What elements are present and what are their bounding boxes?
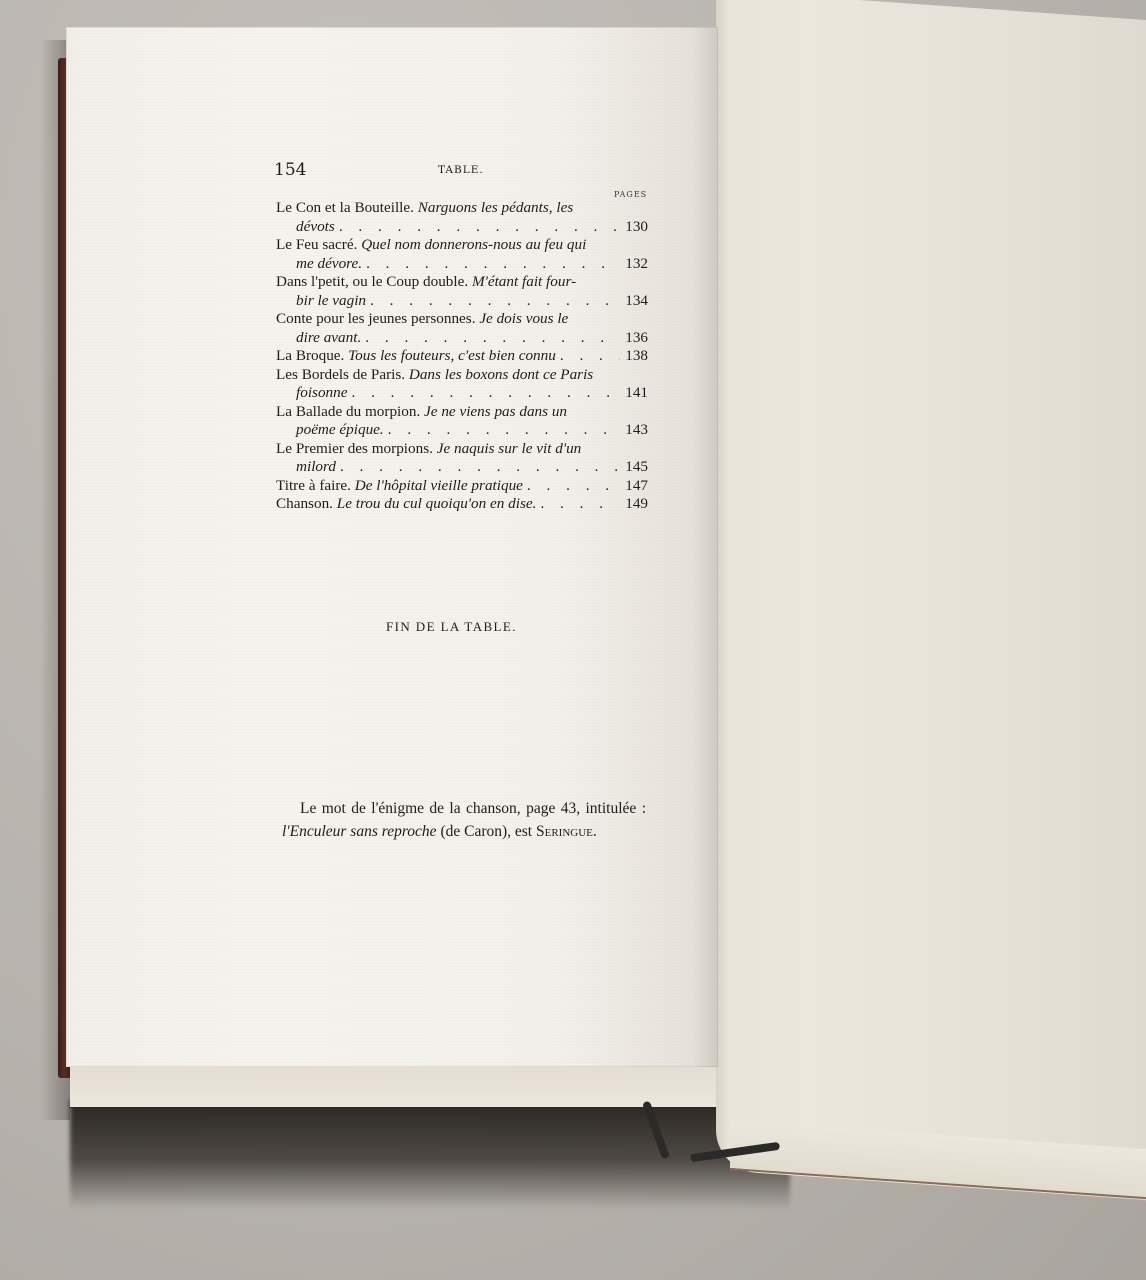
dot-leader xyxy=(339,218,620,237)
note-text: Le mot de l'énigme de la chanson, page 4… xyxy=(300,800,646,817)
note-text-cont: (de Caron), est xyxy=(437,823,536,840)
toc-title: Les Bordels de Paris. xyxy=(276,366,405,383)
toc-incipit-cont: poëme épique. xyxy=(296,421,384,440)
dot-leader xyxy=(540,495,620,514)
toc-incipit-cont: milord xyxy=(296,458,336,477)
toc-incipit-cont: me dévore. xyxy=(296,255,362,274)
toc-incipit: Je ne viens pas dans un xyxy=(424,403,567,420)
toc-incipit-cont: foisonne xyxy=(296,384,347,403)
dot-leader xyxy=(388,421,620,440)
end-of-table-marker: FIN DE LA TABLE. xyxy=(386,619,517,635)
page-header: 154 TABLE. xyxy=(274,160,652,186)
dot-leader xyxy=(560,347,620,366)
toc-incipit-cont: dire avant. xyxy=(296,329,361,348)
deckled-page-edge xyxy=(70,1062,725,1108)
note-period: . xyxy=(593,823,597,840)
toc-incipit: Je naquis sur le vit d'un xyxy=(437,440,582,457)
toc-incipit: M'étant fait four- xyxy=(472,273,576,290)
toc-incipit: Quel nom donnerons-nous au feu qui xyxy=(361,236,586,253)
toc-entry: Conte pour les jeunes personnes. Je dois… xyxy=(276,310,648,347)
toc-incipit-cont: dévots xyxy=(296,218,335,237)
toc-page-number: 136 xyxy=(624,329,648,348)
dot-leader xyxy=(527,477,620,496)
table-of-contents: Le Con et la Bouteille. Narguons les péd… xyxy=(276,199,648,514)
toc-incipit: Dans les boxons dont ce Paris xyxy=(409,366,593,383)
toc-title: Dans l'petit, ou le Coup double. xyxy=(276,273,468,290)
toc-entry: Dans l'petit, ou le Coup double. M'étant… xyxy=(276,273,648,310)
toc-entry: Les Bordels de Paris. Dans les boxons do… xyxy=(276,366,648,403)
toc-incipit-cont: bir le vagin xyxy=(296,292,366,311)
dot-leader xyxy=(340,458,620,477)
toc-incipit: De l'hôpital vieille pratique xyxy=(355,477,523,496)
page-number: 154 xyxy=(274,160,306,180)
toc-title: Chanson. xyxy=(276,495,333,514)
toc-entry: Le Premier des morpions. Je naquis sur l… xyxy=(276,440,648,477)
toc-page-number: 141 xyxy=(624,384,648,403)
note-song-title: l'Enculeur sans reproche xyxy=(282,823,437,840)
toc-entry: La Broque. Tous les fouteurs, c'est bien… xyxy=(276,347,648,366)
toc-entry: Chanson. Le trou du cul quoiqu'on en dis… xyxy=(276,495,648,514)
book-shadow-bottom xyxy=(70,1100,790,1210)
toc-entry: Le Con et la Bouteille. Narguons les péd… xyxy=(276,199,648,236)
toc-title: La Ballade du morpion. xyxy=(276,403,420,420)
dot-leader xyxy=(351,384,620,403)
riddle-note: Le mot de l'énigme de la chanson, page 4… xyxy=(282,797,646,843)
toc-page-number: 145 xyxy=(624,458,648,477)
toc-page-number: 143 xyxy=(624,421,648,440)
toc-page-number: 134 xyxy=(624,292,648,311)
dot-leader xyxy=(370,292,620,311)
toc-page-number: 147 xyxy=(624,477,648,496)
toc-title: Le Feu sacré. xyxy=(276,236,357,253)
pages-column-label: PAGES xyxy=(614,190,647,199)
toc-incipit: Le trou du cul quoiqu'on en dise. xyxy=(337,495,537,514)
toc-entry: Le Feu sacré. Quel nom donnerons-nous au… xyxy=(276,236,648,273)
toc-title: Conte pour les jeunes personnes. xyxy=(276,310,476,327)
toc-title: Le Con et la Bouteille. xyxy=(276,199,414,216)
toc-incipit: Je dois vous le xyxy=(479,310,568,327)
toc-page-number: 130 xyxy=(624,218,648,237)
toc-title: Titre à faire. xyxy=(276,477,351,496)
toc-page-number: 149 xyxy=(624,495,648,514)
toc-title: Le Premier des morpions. xyxy=(276,440,433,457)
toc-entry: Titre à faire. De l'hôpital vieille prat… xyxy=(276,477,648,496)
toc-title: La Broque. xyxy=(276,347,344,366)
toc-page-number: 138 xyxy=(624,347,648,366)
note-answer: Seringue xyxy=(536,823,593,840)
toc-entry: La Ballade du morpion. Je ne viens pas d… xyxy=(276,403,648,440)
toc-incipit: Narguons les pédants, les xyxy=(418,199,574,216)
dot-leader xyxy=(366,255,620,274)
running-head-title: TABLE. xyxy=(438,164,484,176)
right-page-curled xyxy=(716,0,1146,1201)
dot-leader xyxy=(365,329,620,348)
toc-incipit: Tous les fouteurs, c'est bien connu xyxy=(348,347,556,366)
toc-page-number: 132 xyxy=(624,255,648,274)
